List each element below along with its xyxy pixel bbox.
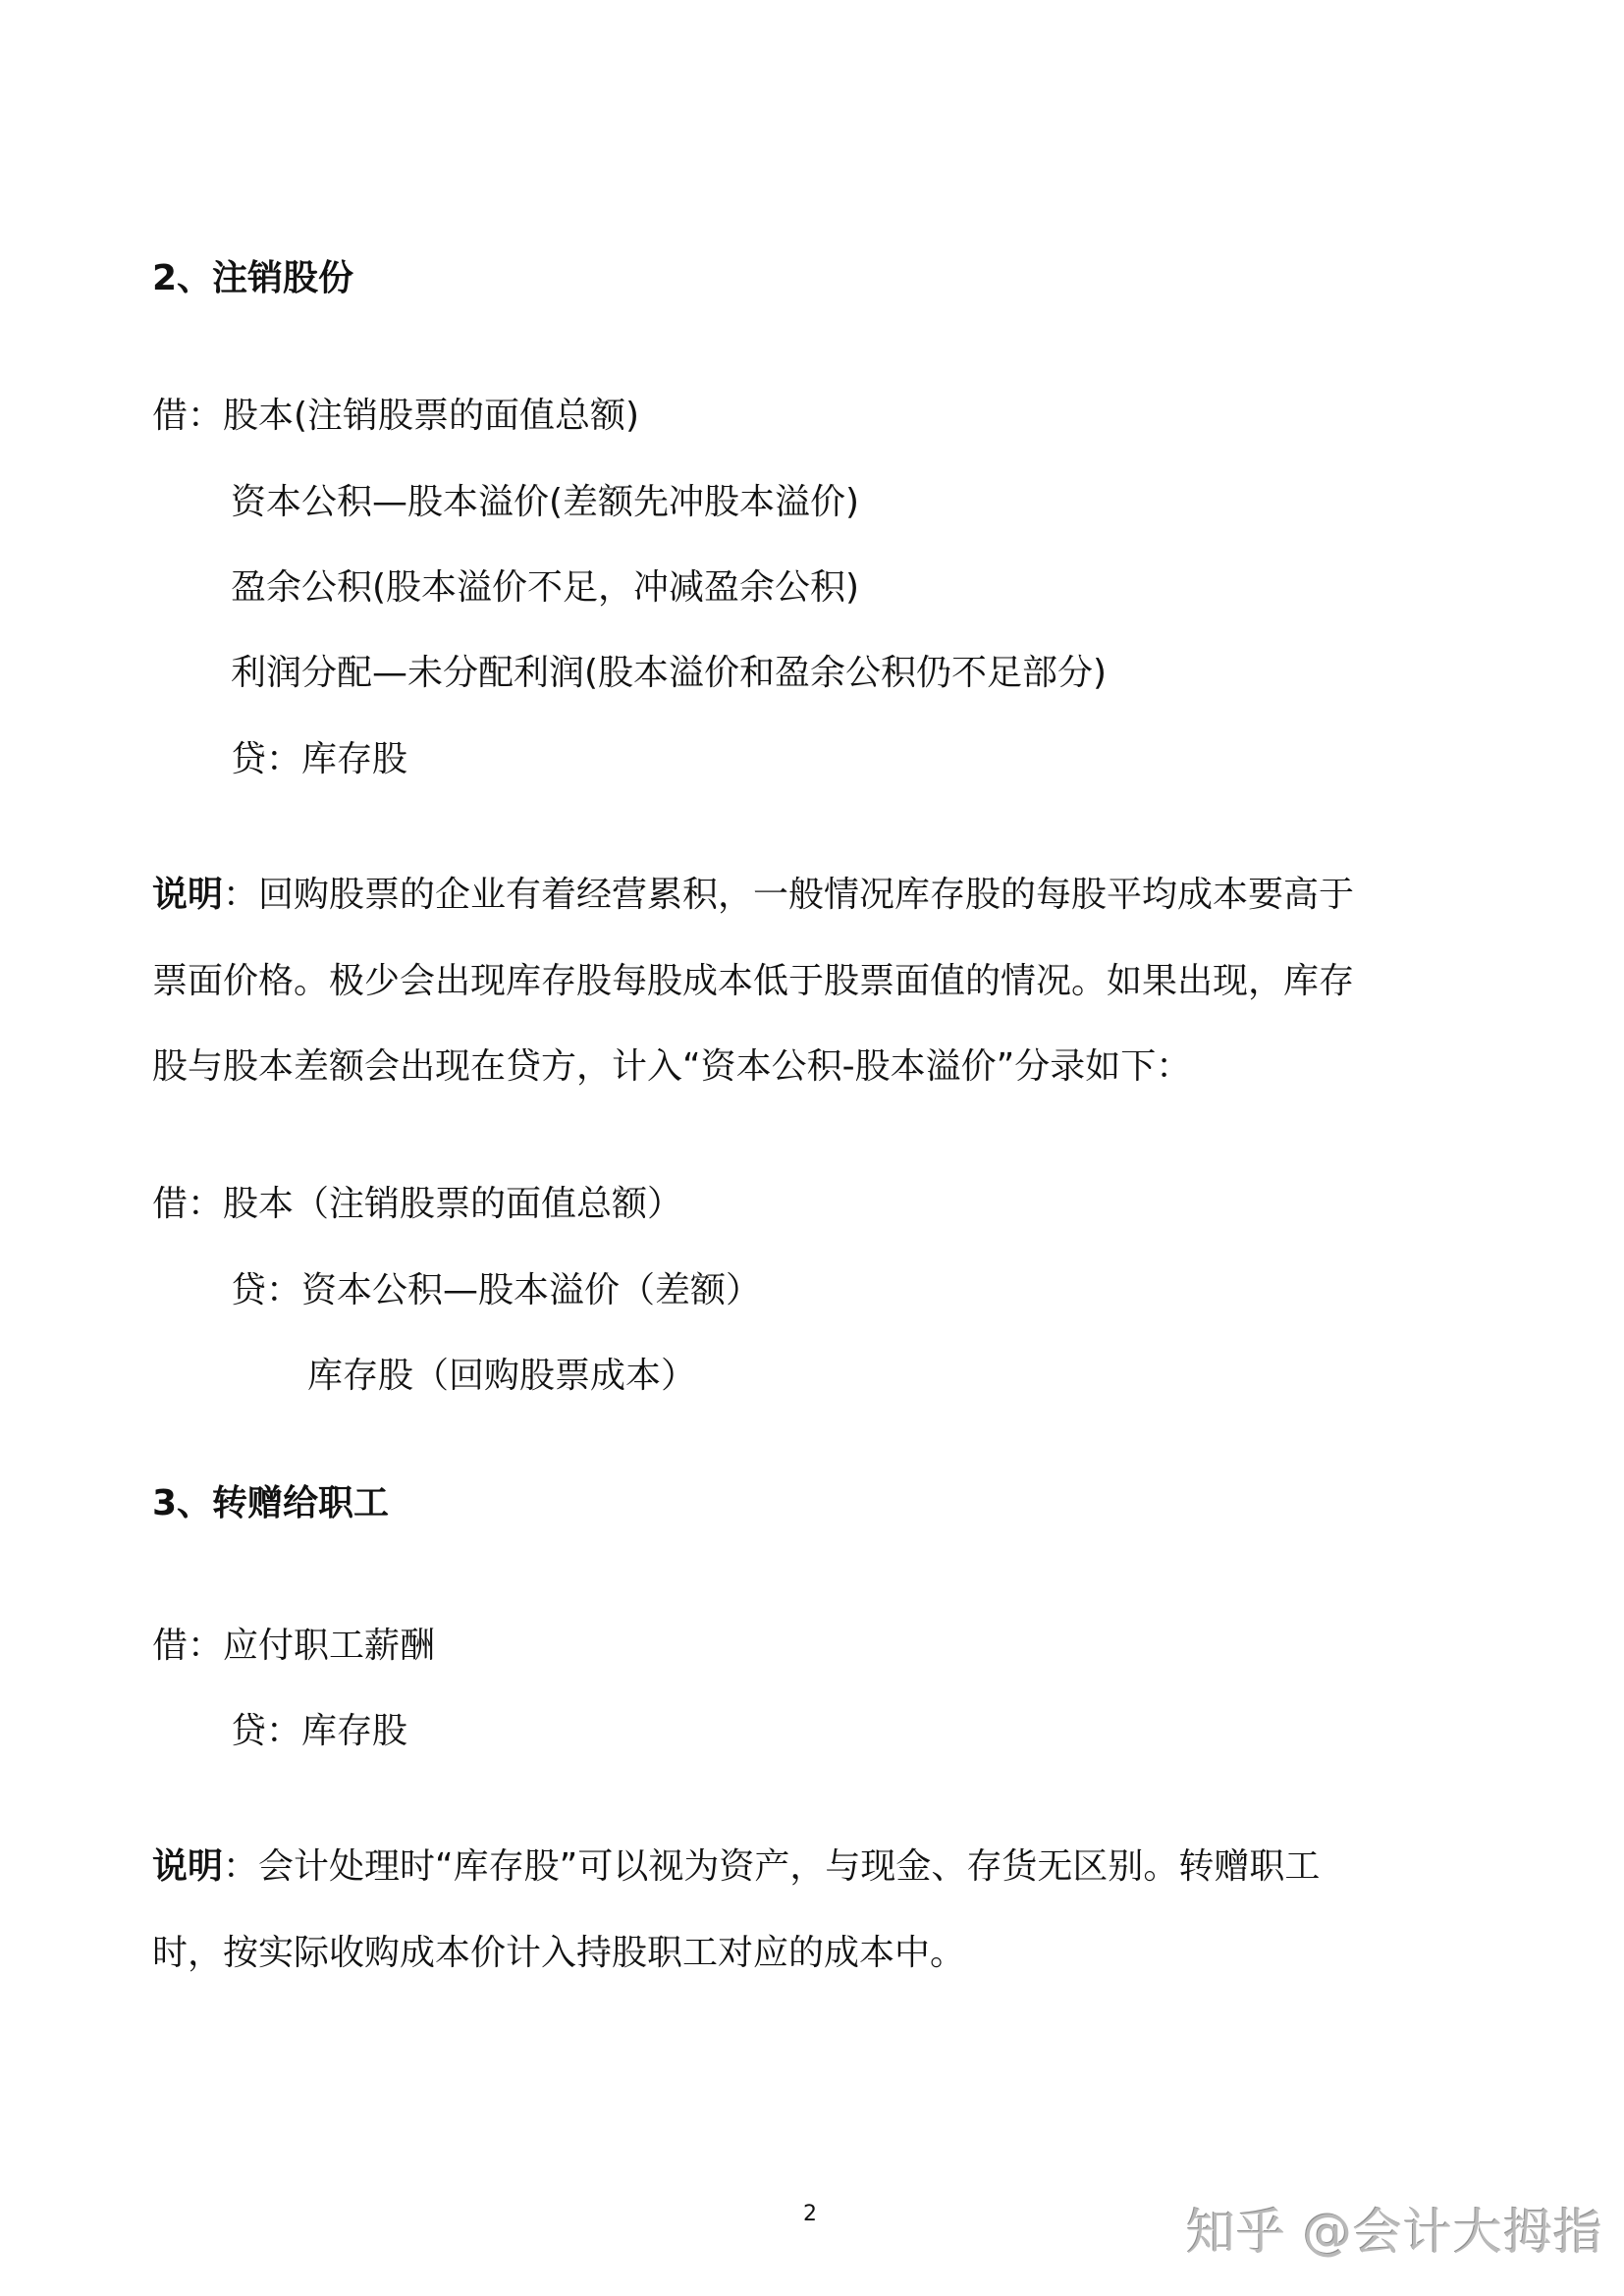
entry1-line: 盈余公积(股本溢价不足，冲减盈余公积)	[231, 566, 859, 610]
note-label: 说明	[152, 1846, 223, 1887]
note2-line: 时，按实际收购成本价计入持股职工对应的成本中。	[152, 1932, 965, 1975]
note1-line: 票面价格。极少会出现库存股每股成本低于股票面值的情况。如果出现，库存	[152, 960, 1354, 1003]
note1-line: 股与股本差额会出现在贷方，计入“资本公积-股本溢价”分录如下：	[152, 1045, 1191, 1089]
entry2-credit-line: 贷：资本公积—股本溢价（差额）	[231, 1269, 761, 1312]
section-2-heading: 2、注销股份	[152, 257, 353, 300]
note-text: ：回购股票的企业有着经营累积，一般情况库存股的每股平均成本要高于	[223, 875, 1354, 915]
page-number: 2	[803, 2202, 817, 2227]
entry2-credit-line-2: 库存股（回购股票成本）	[307, 1355, 696, 1398]
section-3-heading: 3、转赠给职工	[152, 1482, 389, 1525]
note2-line: 说明：会计处理时“库存股”可以视为资产，与现金、存货无区别。转赠职工	[152, 1845, 1320, 1889]
entry3-debit-line: 借：应付职工薪酬	[152, 1625, 435, 1668]
watermark: 知乎 @会计大拇指	[1186, 2203, 1603, 2262]
entry1-line: 资本公积—股本溢价(差额先冲股本溢价)	[231, 481, 859, 524]
entry1-credit-line: 贷：库存股	[231, 738, 407, 781]
entry3-credit-line: 贷：库存股	[231, 1710, 407, 1753]
entry1-line: 利润分配—未分配利润(股本溢价和盈余公积仍不足部分)	[231, 652, 1107, 695]
entry1-debit-line: 借：股本(注销股票的面值总额)	[152, 395, 639, 438]
note-text: ：会计处理时“库存股”可以视为资产，与现金、存货无区别。转赠职工	[223, 1846, 1320, 1887]
entry2-debit-line: 借：股本（注销股票的面值总额）	[152, 1183, 682, 1226]
note-label: 说明	[152, 875, 223, 915]
note1-line: 说明：回购股票的企业有着经营累积，一般情况库存股的每股平均成本要高于	[152, 874, 1354, 917]
